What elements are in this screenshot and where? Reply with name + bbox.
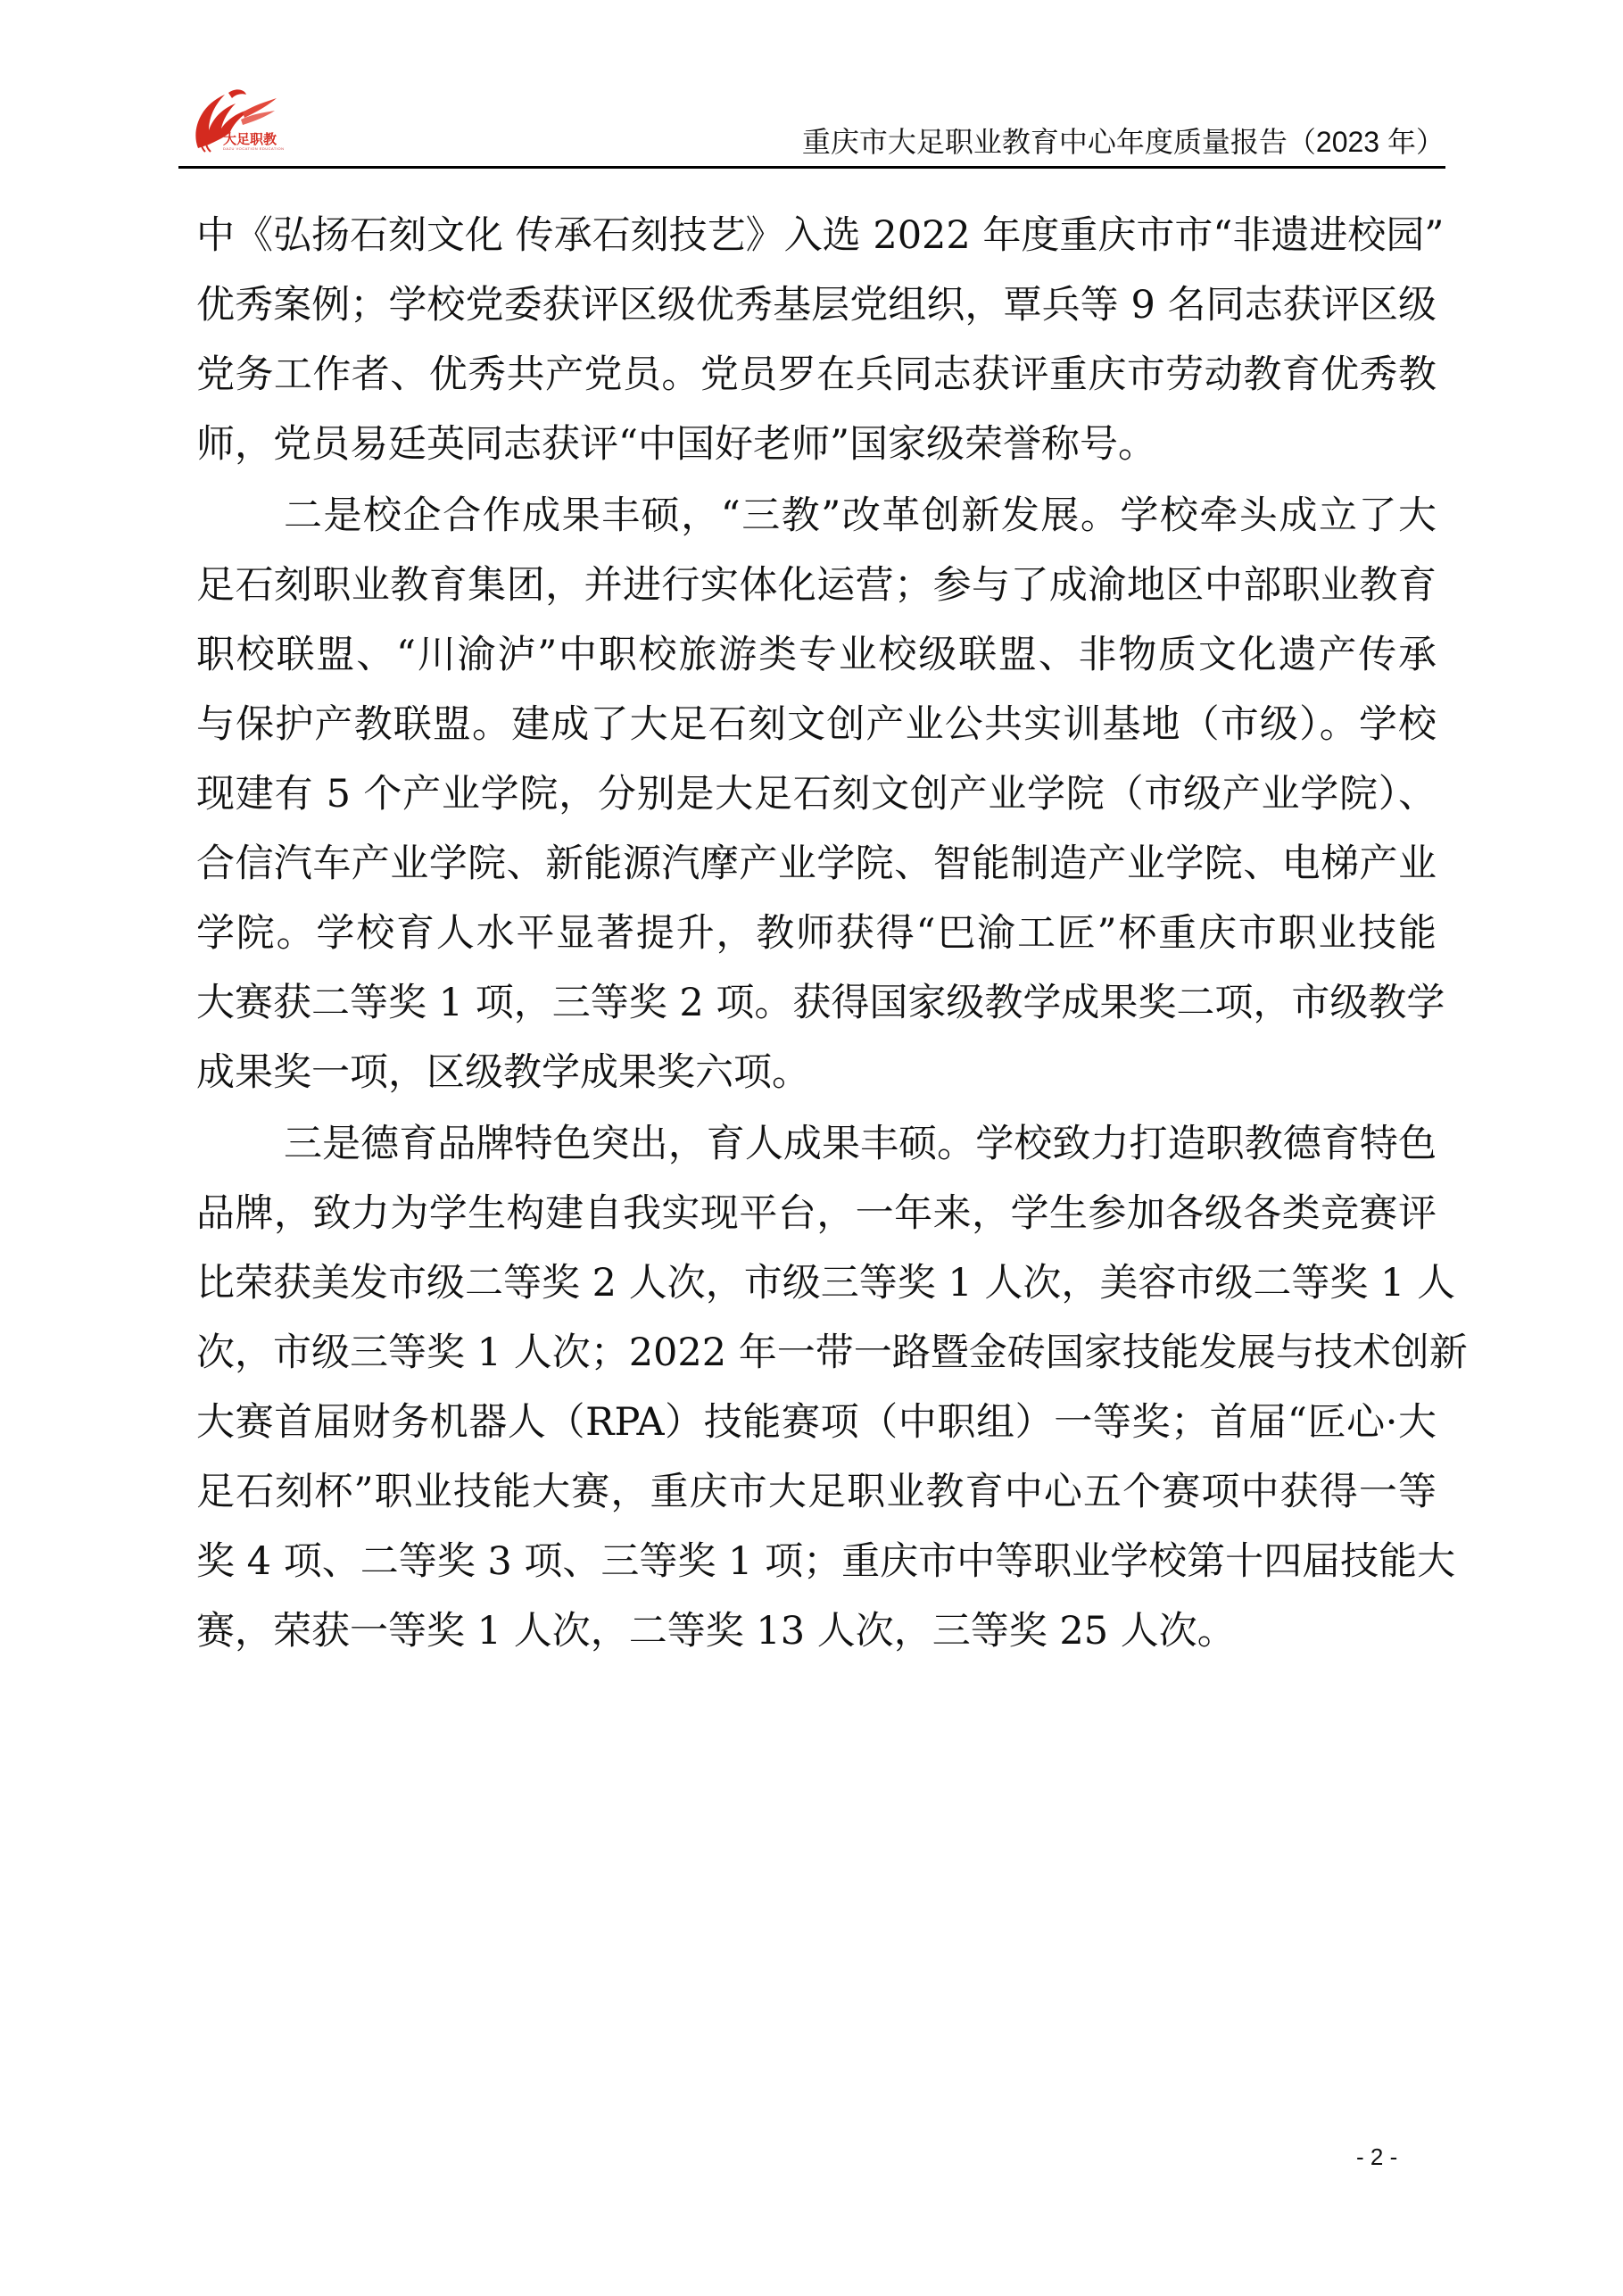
text-line: 合信汽车产业学院、新能源汽摩产业学院、智能制造产业学院、电梯产业 [196, 837, 1437, 891]
text-line: 成果奖一项，区级教学成果奖六项。 [196, 1046, 1437, 1099]
text-line: 三是德育品牌特色突出，育人成果丰硕。学校致力打造职教德育特色 [196, 1117, 1437, 1171]
text-line: 比荣获美发市级二等奖 2 人次，市级三等奖 1 人次，美容市级二等奖 1 人 [196, 1256, 1437, 1310]
page-number: - 2 - [1356, 2143, 1397, 2171]
logo-subtext: DAZU VOCATION EDUCATION [223, 146, 284, 151]
header-divider [178, 166, 1445, 169]
text-line: 中《弘扬石刻文化 传承石刻技艺》入选 2022 年度重庆市市“非遗进校园” [196, 209, 1437, 262]
text-line: 大赛首届财务机器人（RPA）技能赛项（中职组）一等奖；首届“匠心·大 [196, 1396, 1437, 1449]
text-line: 足石刻杯”职业技能大赛，重庆市大足职业教育中心五个赛项中获得一等 [196, 1465, 1437, 1519]
text-line: 党务工作者、优秀共产党员。党员罗在兵同志获评重庆市劳动教育优秀教 [196, 348, 1437, 402]
text-line: 职校联盟、“川渝泸”中职校旅游类专业校级联盟、非物质文化遗产传承 [196, 628, 1437, 682]
report-title: 重庆市大足职业教育中心年度质量报告（2023 年） [802, 120, 1445, 161]
text-line: 品牌，致力为学生构建自我实现平台，一年来，学生参加各级各类竞赛评 [196, 1187, 1437, 1240]
text-line: 大赛获二等奖 1 项，三等奖 2 项。获得国家级教学成果奖二项，市级教学 [196, 976, 1437, 1030]
text-line: 足石刻职业教育集团，并进行实体化运营；参与了成渝地区中部职业教育 [196, 559, 1437, 612]
text-line: 二是校企合作成果丰硕，“三教”改革创新发展。学校牵头成立了大 [196, 489, 1437, 543]
text-line: 奖 4 项、二等奖 3 项、三等奖 1 项；重庆市中等职业学校第十四届技能大 [196, 1535, 1437, 1588]
text-line: 学院。学校育人水平显著提升，教师获得“巴渝工匠”杯重庆市职业技能 [196, 907, 1437, 960]
text-line: 现建有 5 个产业学院，分别是大足石刻文创产业学院（市级产业学院）、 [196, 767, 1437, 821]
text-line: 优秀案例；学校党委获评区级优秀基层党组织，覃兵等 9 名同志获评区级 [196, 278, 1437, 332]
text-line: 师，党员易廷英同志获评“中国好老师”国家级荣誉称号。 [196, 418, 1437, 471]
text-line: 与保护产教联盟。建成了大足石刻文创产业公共实训基地（市级）。学校 [196, 698, 1437, 751]
logo-text: 大足职教 [223, 129, 277, 148]
text-line: 次，市级三等奖 1 人次；2022 年一带一路暨金砖国家技能发展与技术创新 [196, 1326, 1437, 1380]
text-line: 赛，荣获一等奖 1 人次，二等奖 13 人次，三等奖 25 人次。 [196, 1604, 1437, 1658]
